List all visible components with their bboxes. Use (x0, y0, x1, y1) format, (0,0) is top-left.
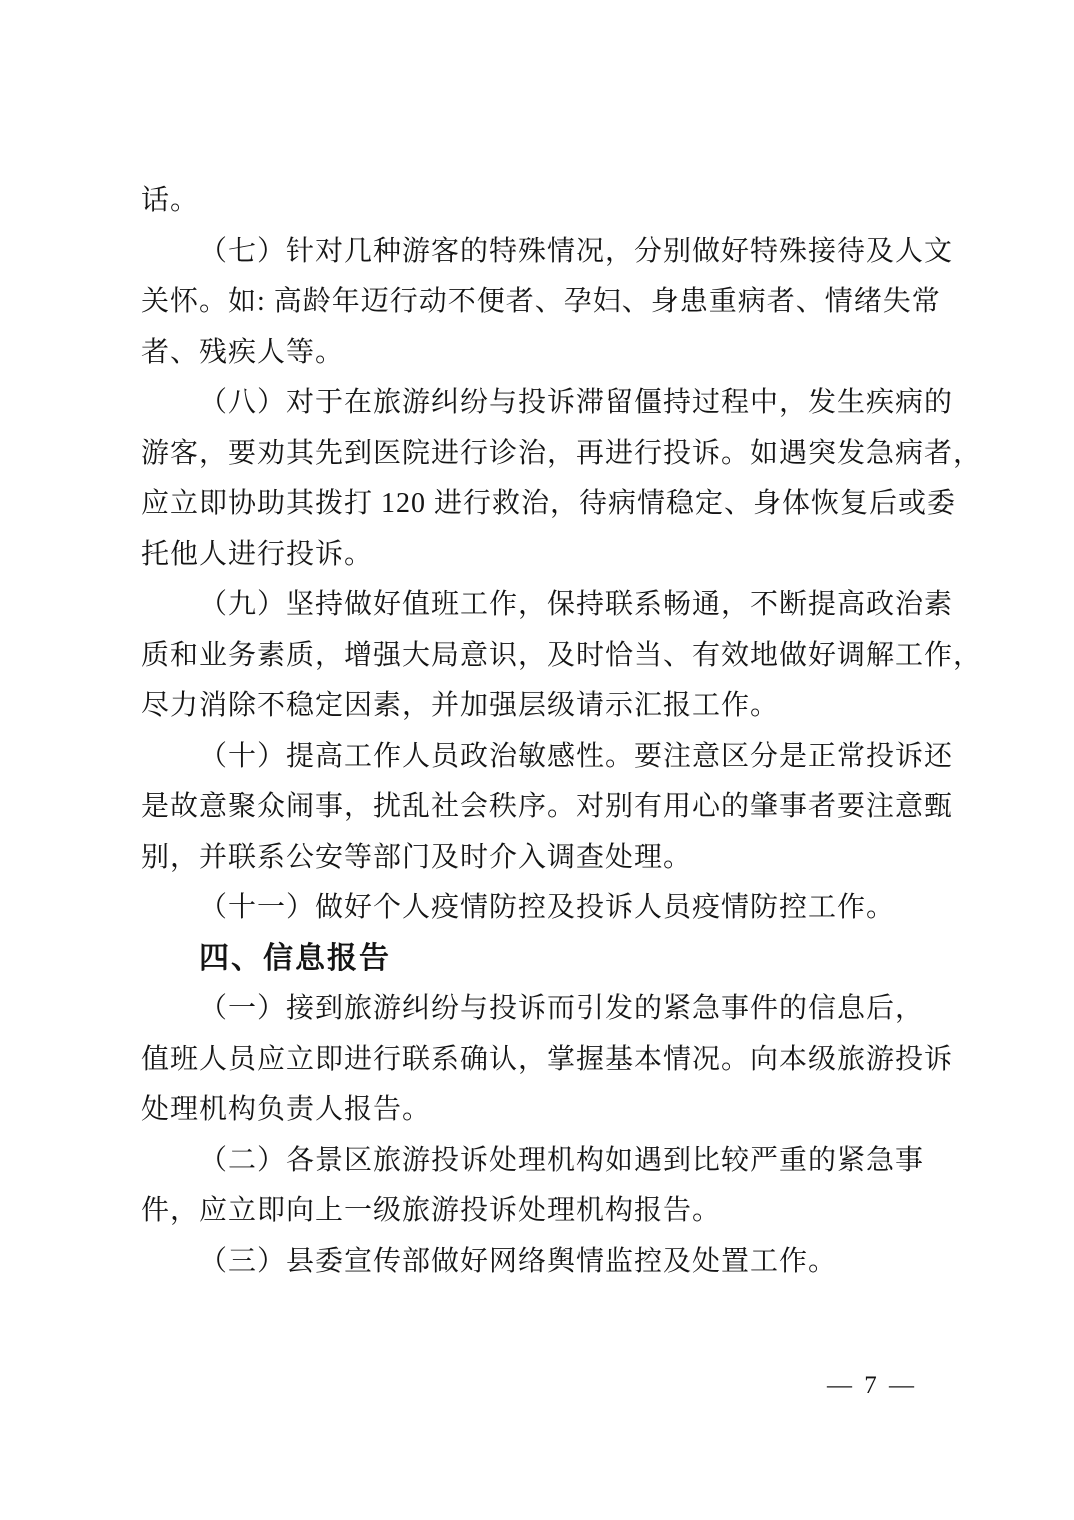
text-line: 是故意聚众闹事，扰乱社会秩序。对别有用心的肇事者要注意甄 (141, 782, 953, 833)
document-page: 话。 （七）针对几种游客的特殊情况，分别做好特殊接待及人文 关怀。如: 高龄年迈… (0, 0, 1074, 1520)
section-heading: 四、信息报告 (141, 934, 953, 985)
text-line: 话。 (141, 176, 953, 227)
text-line: （八）对于在旅游纠纷与投诉滞留僵持过程中，发生疾病的 (141, 378, 953, 429)
text-line: 尽力消除不稳定因素，并加强层级请示汇报工作。 (141, 681, 953, 732)
text-line: （三）县委宣传部做好网络舆情监控及处置工作。 (141, 1237, 953, 1288)
text-line: 游客，要劝其先到医院进行诊治，再进行投诉。如遇突发急病者， (141, 429, 953, 480)
text-line: 托他人进行投诉。 (141, 530, 953, 581)
text-line: （一）接到旅游纠纷与投诉而引发的紧急事件的信息后， (141, 984, 953, 1035)
text-line: 别，并联系公安等部门及时介入调查处理。 (141, 833, 953, 884)
text-line: （九）坚持做好值班工作，保持联系畅通，不断提高政治素 (141, 580, 953, 631)
text-line: 应立即协助其拨打 120 进行救治，待病情稳定、身体恢复后或委 (141, 479, 953, 530)
text-line: 关怀。如: 高龄年迈行动不便者、孕妇、身患重病者、情绪失常 (141, 277, 953, 328)
text-line: （七）针对几种游客的特殊情况，分别做好特殊接待及人文 (141, 227, 953, 278)
text-line: （二）各景区旅游投诉处理机构如遇到比较严重的紧急事 (141, 1136, 953, 1187)
text-line: 件，应立即向上一级旅游投诉处理机构报告。 (141, 1186, 953, 1237)
text-line: 处理机构负责人报告。 (141, 1085, 953, 1136)
text-line: （十）提高工作人员政治敏感性。要注意区分是正常投诉还 (141, 732, 953, 783)
text-line: （十一）做好个人疫情防控及投诉人员疫情防控工作。 (141, 883, 953, 934)
text-line: 质和业务素质，增强大局意识，及时恰当、有效地做好调解工作， (141, 631, 953, 682)
page-number: — 7 — (827, 1372, 917, 1400)
text-line: 者、残疾人等。 (141, 328, 953, 379)
text-line: 值班人员应立即进行联系确认，掌握基本情况。向本级旅游投诉 (141, 1035, 953, 1086)
document-body: 话。 （七）针对几种游客的特殊情况，分别做好特殊接待及人文 关怀。如: 高龄年迈… (141, 176, 953, 1287)
